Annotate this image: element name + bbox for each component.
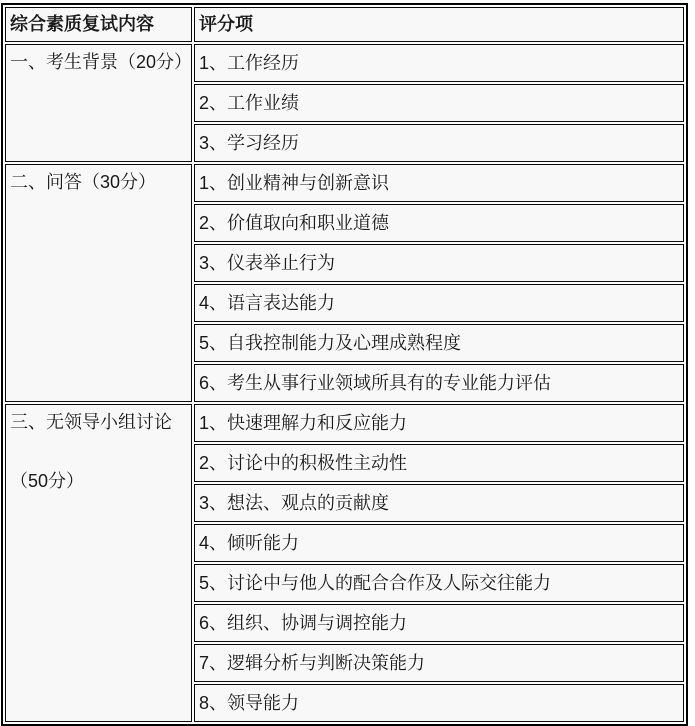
criterion-cell: 8、领导能力 [194,684,684,722]
criterion-cell: 1、工作经历 [194,44,684,82]
evaluation-criteria-table: 综合素质复试内容 评分项 一、考生背景（20分） 1、工作经历 2、工作业绩 3… [1,3,688,726]
section-qa-label-cell: 二、问答（30分） [5,164,192,402]
criterion-cell: 5、讨论中与他人的配合合作及人际交往能力 [194,564,684,602]
section-group-discussion-label-cell: 三、无领导小组讨论 （50分） [5,404,192,722]
criterion-cell: 5、自我控制能力及心理成熟程度 [194,324,684,362]
criterion-cell: 4、倾听能力 [194,524,684,562]
criterion-cell: 3、想法、观点的贡献度 [194,484,684,522]
table-row: 三、无领导小组讨论 （50分） 1、快速理解力和反应能力 [5,404,684,442]
criterion-cell: 1、创业精神与创新意识 [194,164,684,202]
criterion-cell: 2、价值取向和职业道德 [194,204,684,242]
table-header-row: 综合素质复试内容 评分项 [5,7,684,42]
table-row: 二、问答（30分） 1、创业精神与创新意识 [5,164,684,202]
header-score-column: 评分项 [194,7,684,42]
criterion-cell: 6、组织、协调与调控能力 [194,604,684,642]
table-row: 一、考生背景（20分） 1、工作经历 [5,44,684,82]
criterion-cell: 2、讨论中的积极性主动性 [194,444,684,482]
criterion-cell: 3、学习经历 [194,124,684,162]
header-content-column: 综合素质复试内容 [5,7,192,42]
criterion-cell: 7、逻辑分析与判断决策能力 [194,644,684,682]
section-background-label-cell: 一、考生背景（20分） [5,44,192,162]
criterion-cell: 6、考生从事行业领域所具有的专业能力评估 [194,364,684,402]
criterion-cell: 1、快速理解力和反应能力 [194,404,684,442]
section-label-line1: 三、无领导小组讨论 [10,412,189,433]
section-label-line2: （50分） [10,471,189,492]
criterion-cell: 4、语言表达能力 [194,284,684,322]
criterion-cell: 2、工作业绩 [194,84,684,122]
criterion-cell: 3、仪表举止行为 [194,244,684,282]
